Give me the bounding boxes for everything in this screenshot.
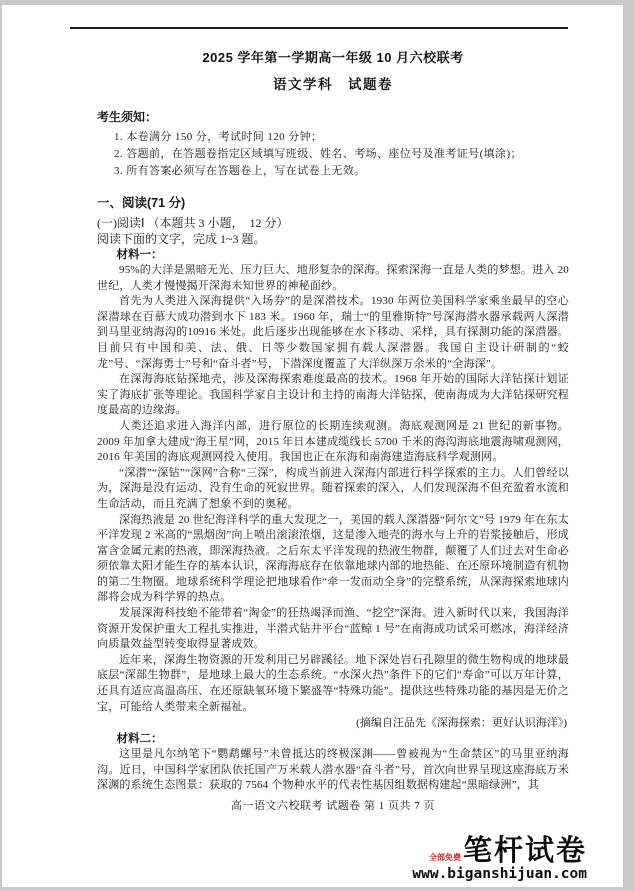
material1-paragraph: “深潜”“深钻”“深网”合称“三深”，构成当前进入深海内部进行科学探索的主力。人…: [97, 466, 569, 513]
exam-paper-screenshot: { "title": { "line1": "2025 学年第一学期高一年级 1…: [0, 0, 634, 891]
material1-paragraph: 深海热液是 20 世纪海洋科学的重大发现之一，美国的载人深潜器“阿尔文”号 19…: [97, 513, 569, 607]
notice-heading: 考生须知：: [97, 108, 569, 125]
header-rule: [70, 27, 568, 29]
notice-item-3: 3. 所有答案必须写在答题卷上，写在试卷上无效。: [97, 163, 569, 180]
material1-attribution: (摘编自汪品先《深海探索：更好认识海洋》): [97, 715, 569, 731]
material1-paragraph: 95%的大洋是黑暗无光、压力巨大、地形复杂的深海。探索深海一直是人类的梦想。进入…: [97, 263, 569, 294]
notice-list: 1. 本卷满分 150 分，考试时间 120 分钟； 2. 答题前，在答题卷指定…: [97, 129, 569, 180]
watermark-brand: 笔杆试卷: [463, 837, 587, 866]
page-content: 2025 学年第一学期高一年级 10 月六校联考 语文学科 试题卷 考生须知： …: [97, 39, 569, 813]
document-page: 2025 学年第一学期高一年级 10 月六校联考 语文学科 试题卷 考生须知： …: [2, 5, 623, 887]
material2-paragraph: 这里是凡尔纳笔下“鹦鹉螺号”未曾抵达的终极深渊——曾被视为“生命禁区”的马里亚纳…: [97, 747, 569, 794]
notice-item-1: 1. 本卷满分 150 分，考试时间 120 分钟；: [97, 129, 569, 146]
section-heading-reading: 一、阅读(71 分): [97, 193, 569, 211]
watermark-free-badge: 全部免费: [429, 853, 461, 862]
material1-paragraph: 发展深海科技绝不能带着“淘金”的狂热竭泽而渔、“挖空”深海。进入新时代以来，我国…: [97, 606, 569, 653]
notice-item-2: 2. 答题前，在答题卷指定区域填写班级、姓名、考场、座位号及准考证号(填涂)；: [97, 146, 569, 163]
exam-title-line2: 语文学科 试题卷: [97, 73, 569, 93]
material1-paragraph: 在深海海底钻探地壳，涉及深海探索难度最高的技术。1968 年开始的国际大洋钻探计…: [97, 372, 569, 419]
material1-paragraph: 首先为人类进入深海提供“入场券”的是深潜技术。1930 年两位美国科学家乘坐最早…: [97, 294, 569, 372]
material1-paragraph: 近年来，深海生物资源的开发利用已另辟蹊径。地下深处岩石孔隙里的微生物构成的地球最…: [97, 653, 569, 715]
material1-label: 材料一：: [97, 247, 569, 263]
material1-paragraph: 人类还追求进入海洋内部，进行原位的长期连续观测。海底观测网是 21 世纪的新事物…: [97, 419, 569, 466]
watermark-row: 全部免费 笔杆试卷: [412, 837, 587, 866]
part-heading-reading-1: (一)阅读Ⅰ （本题共 3 小题， 12 分）: [97, 215, 569, 231]
exam-title-line1: 2025 学年第一学期高一年级 10 月六校联考: [97, 47, 569, 66]
watermark-url: www.biganshijuan.com: [412, 866, 587, 882]
reading-instruction: 阅读下面的文字，完成 1~3 题。: [97, 231, 569, 247]
material2-label: 材料二：: [97, 731, 569, 747]
watermark: 全部免费 笔杆试卷 www.biganshijuan.com: [412, 837, 587, 882]
page-footer: 高一语文六校联考 试题卷 第 1 页共 7 页: [97, 797, 569, 813]
